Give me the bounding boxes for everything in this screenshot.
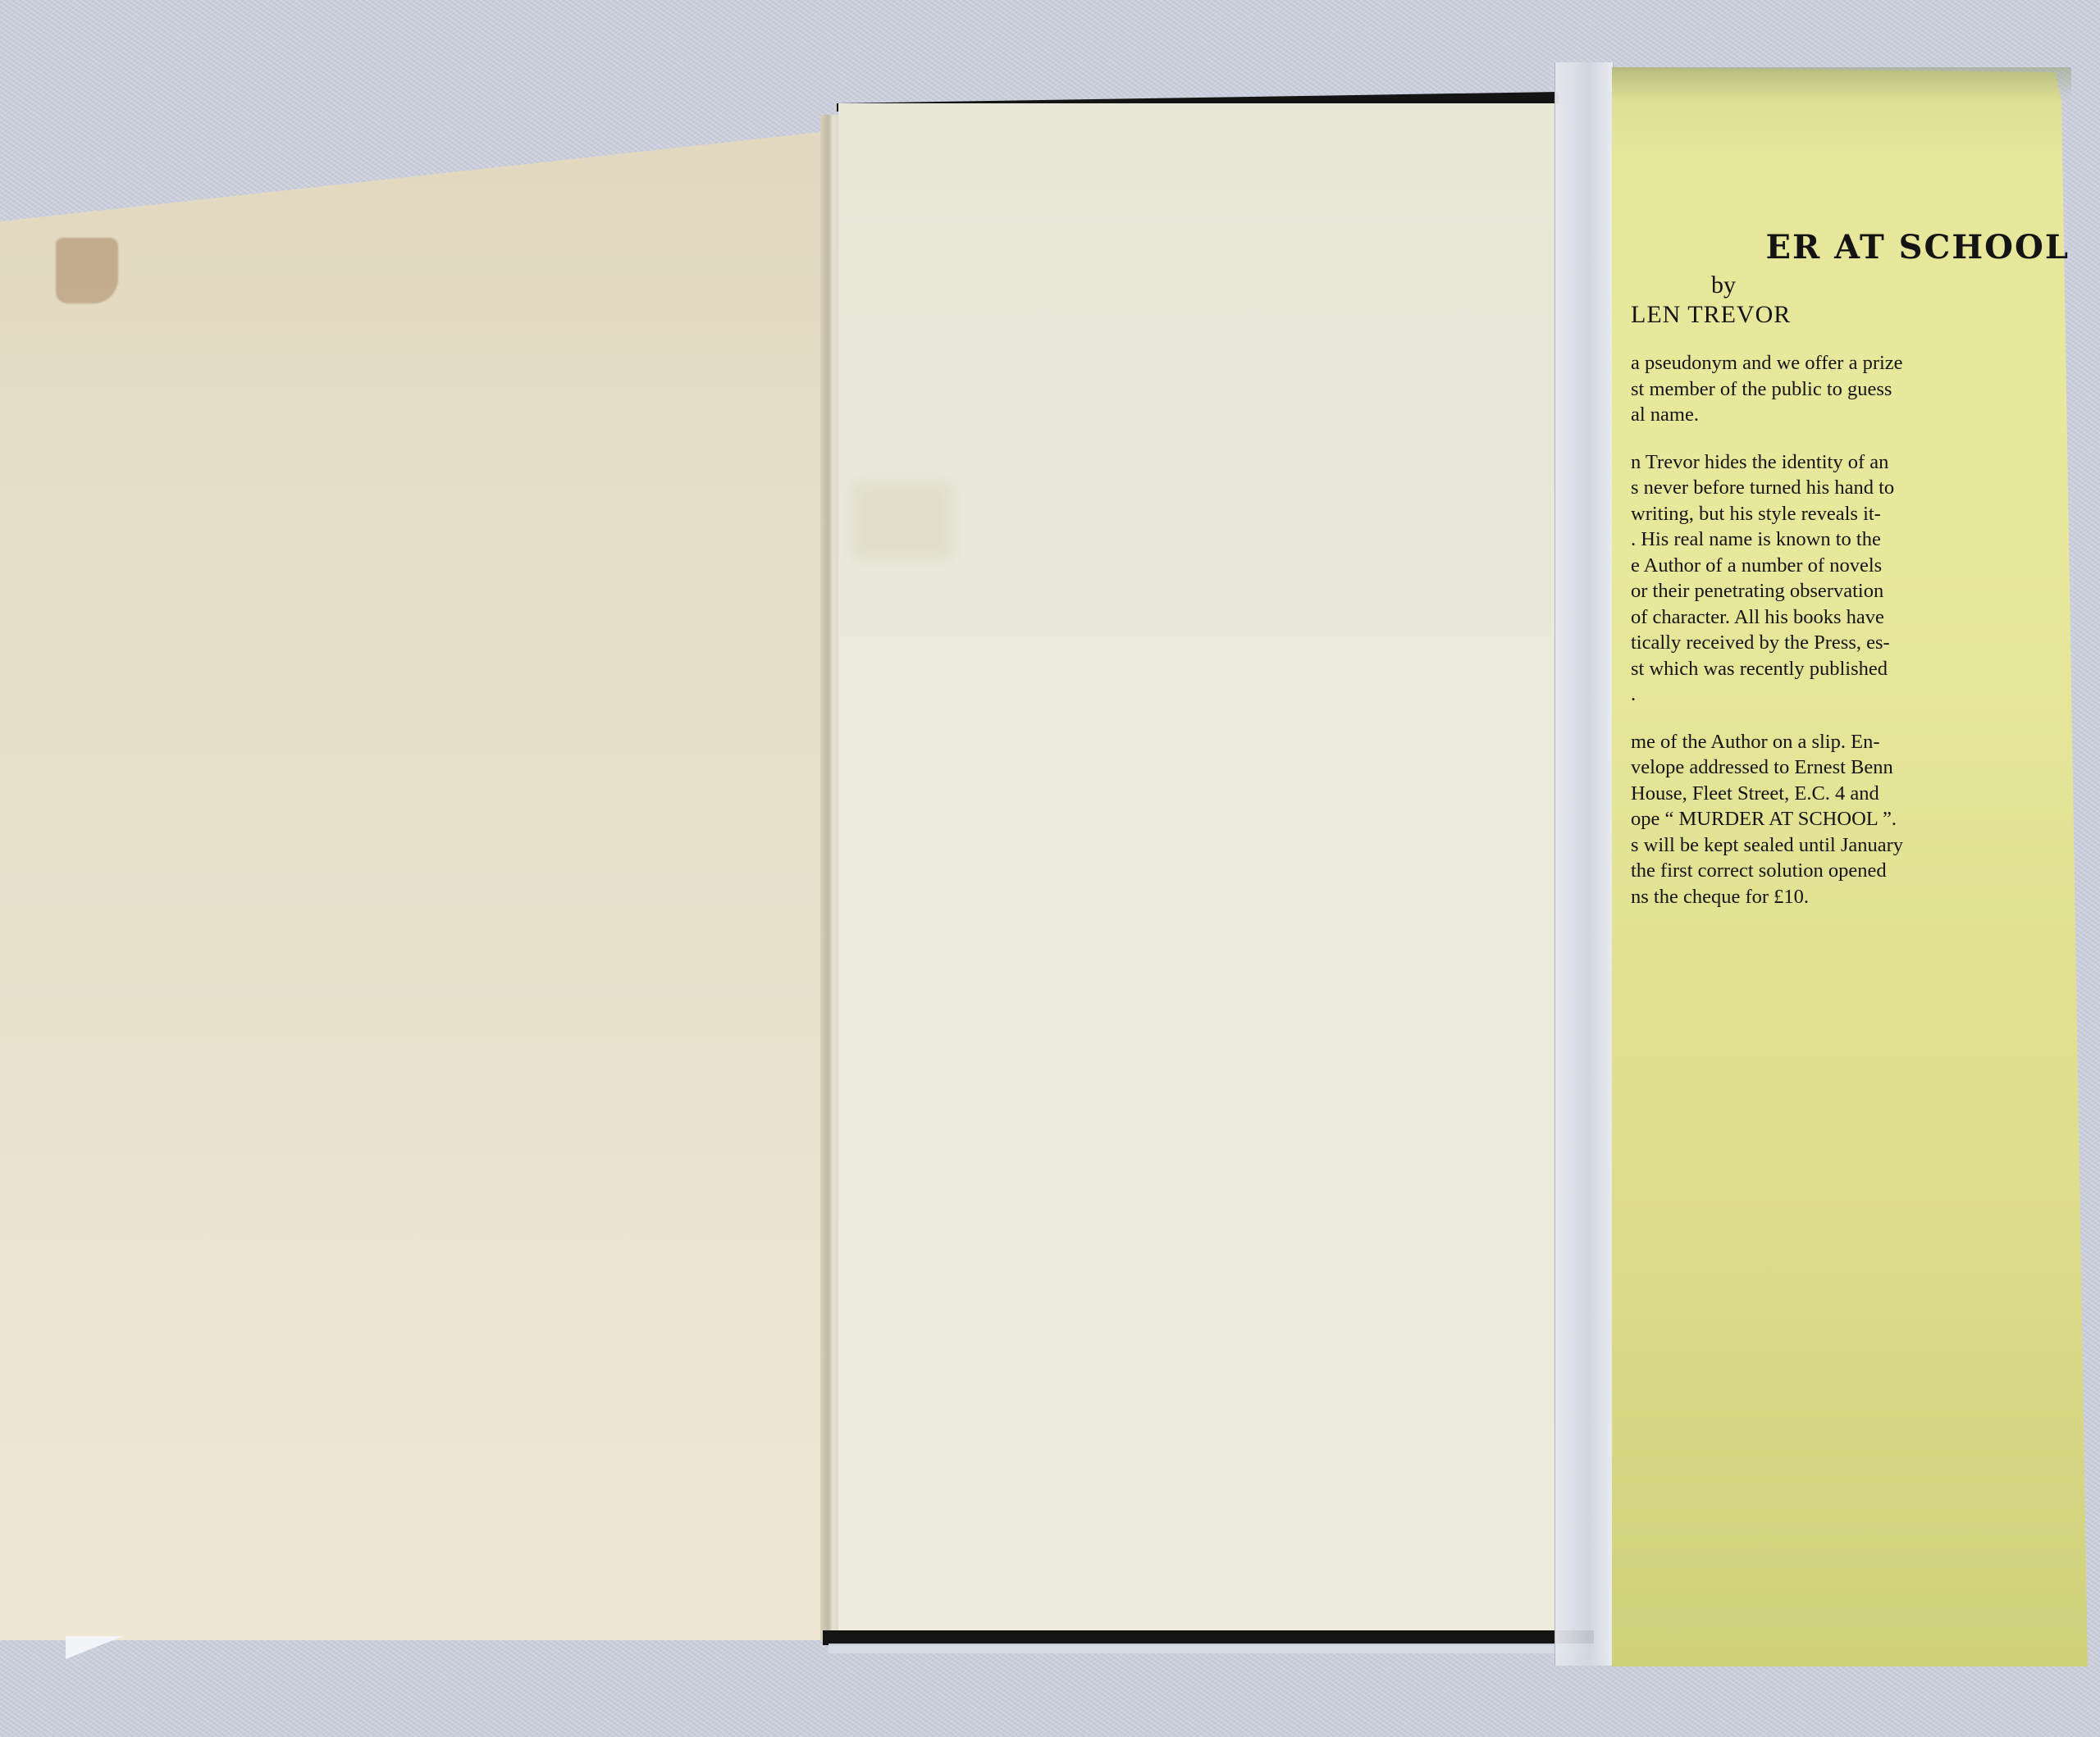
blurb-line: velope addressed to Ernest Benn bbox=[1631, 755, 2070, 781]
blurb-line: . bbox=[1631, 682, 2070, 708]
blurb-paragraph-3: me of the Author on a slip. En- velope a… bbox=[1631, 729, 2070, 910]
paper-tab bbox=[66, 1636, 123, 1659]
blurb-line: writing, but his style reveals it- bbox=[1631, 501, 2070, 527]
author-name: LEN TREVOR bbox=[1631, 301, 2070, 329]
blurb-line: st which was recently published bbox=[1631, 656, 2070, 682]
blurb-line: s will be kept sealed until January bbox=[1631, 832, 2070, 859]
jacket-flap-text: ER AT SCHOOL by LEN TREVOR a pseudonym a… bbox=[1631, 228, 2070, 910]
blurb-line: me of the Author on a slip. En- bbox=[1631, 729, 2070, 755]
mylar-protector-strip bbox=[1554, 62, 1614, 1666]
jacket-edge-wear bbox=[1612, 67, 2071, 100]
blurb-line: n Trevor hides the identity of an bbox=[1631, 449, 2070, 476]
book-title: ER AT SCHOOL bbox=[1631, 228, 2070, 267]
left-endpaper bbox=[0, 131, 829, 1640]
blurb-line: e Author of a number of novels bbox=[1631, 553, 2070, 579]
byline: by bbox=[1711, 271, 2070, 299]
blurb-line: . His real name is known to the bbox=[1631, 527, 2070, 553]
blurb-paragraph-2: n Trevor hides the identity of an s neve… bbox=[1631, 449, 2070, 708]
blurb-line: tically received by the Press, es- bbox=[1631, 630, 2070, 656]
blurb-paragraph-1: a pseudonym and we offer a prize st memb… bbox=[1631, 350, 2070, 428]
mylar-bottom-edge bbox=[829, 1644, 1608, 1653]
blurb-line: s never before turned his hand to bbox=[1631, 475, 2070, 501]
blurb-line: the first correct solution opened bbox=[1631, 858, 2070, 884]
blurb-line: al name. bbox=[1631, 402, 2070, 428]
blurb-line: ns the cheque for £10. bbox=[1631, 884, 2070, 910]
blurb-line: ope “ MURDER AT SCHOOL ”. bbox=[1631, 806, 2070, 832]
blurb-line: House, Fleet Street, E.C. 4 and bbox=[1631, 781, 2070, 807]
blurb-line: or their penetrating observation bbox=[1631, 578, 2070, 604]
book-gutter-hinge bbox=[820, 115, 838, 1640]
right-pastedown bbox=[838, 103, 1568, 1632]
water-stain bbox=[56, 238, 118, 303]
pastedown-stain bbox=[853, 484, 952, 558]
blurb-line: a pseudonym and we offer a prize bbox=[1631, 350, 2070, 376]
blurb-line: of character. All his books have bbox=[1631, 604, 2070, 631]
blurb-line: st member of the public to guess bbox=[1631, 376, 2070, 403]
